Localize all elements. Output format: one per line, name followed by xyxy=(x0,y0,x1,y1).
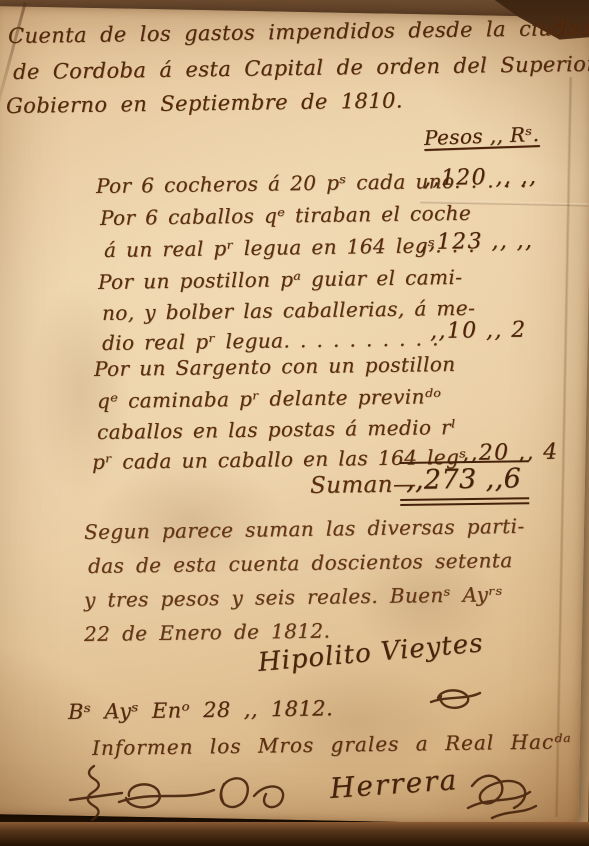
certification-line: das de esta cuenta doscientos setenta xyxy=(88,548,513,578)
handwritten-ink-layer: 3 Cuenta de los gastos impendidos desde … xyxy=(0,0,589,846)
certification-line: y tres pesos y seis reales. Buenˢ Ayʳˢ xyxy=(84,582,503,612)
entry-line: no, y bolber las caballerias, á me- xyxy=(102,296,476,325)
decree-text: Informen los Mros grales a Real Hacᵈᵃ xyxy=(92,729,572,760)
entry-amount: ,,123 ,, ,, xyxy=(420,228,534,255)
title-line: de Cordoba á esta Capital de orden del S… xyxy=(13,52,589,84)
signature-tail-flourish xyxy=(462,760,546,824)
entry-line: dio real pʳ legua. . . . . . . . . . xyxy=(102,326,439,355)
total-value: ,,273 ,,6 xyxy=(400,460,530,506)
entry-line: Por 6 caballos qᵉ tiraban el coche xyxy=(100,201,471,230)
title-line: Cuenta de los gastos impendidos desde la… xyxy=(8,16,589,48)
entry-line: caballos en las postas á medio rˡ xyxy=(97,415,457,444)
manuscript-photo: 3 Cuenta de los gastos impendidos desde … xyxy=(0,0,589,846)
signature-herrera: Herrera xyxy=(329,763,459,805)
entry-amount: ,,120 ,, ,, xyxy=(424,164,538,191)
filing-date: Bˢ Ayˢ Enᵒ 28 ,, 1812. xyxy=(68,696,333,724)
certification-line: Segun parece suman las diversas parti- xyxy=(84,514,525,544)
entry-line: qᵉ caminaba pʳ delante previnᵈᵒ xyxy=(97,384,442,413)
entry-amount: ,,10 ,, 2 xyxy=(430,318,527,344)
entry-line: Por un Sargento con un postillon xyxy=(94,352,456,381)
entry-line: Por un postillon pᵃ guiar el cami- xyxy=(98,265,463,294)
column-header-pesos-reales: Pesos ,, Rˢ. xyxy=(424,122,540,150)
title-line: Gobierno en Septiembre de 1810. xyxy=(6,88,403,118)
rubric-oval-flourish xyxy=(428,682,484,716)
certification-line: 22 de Enero de 1812. xyxy=(84,619,331,646)
rubric-flourishes xyxy=(64,762,326,824)
